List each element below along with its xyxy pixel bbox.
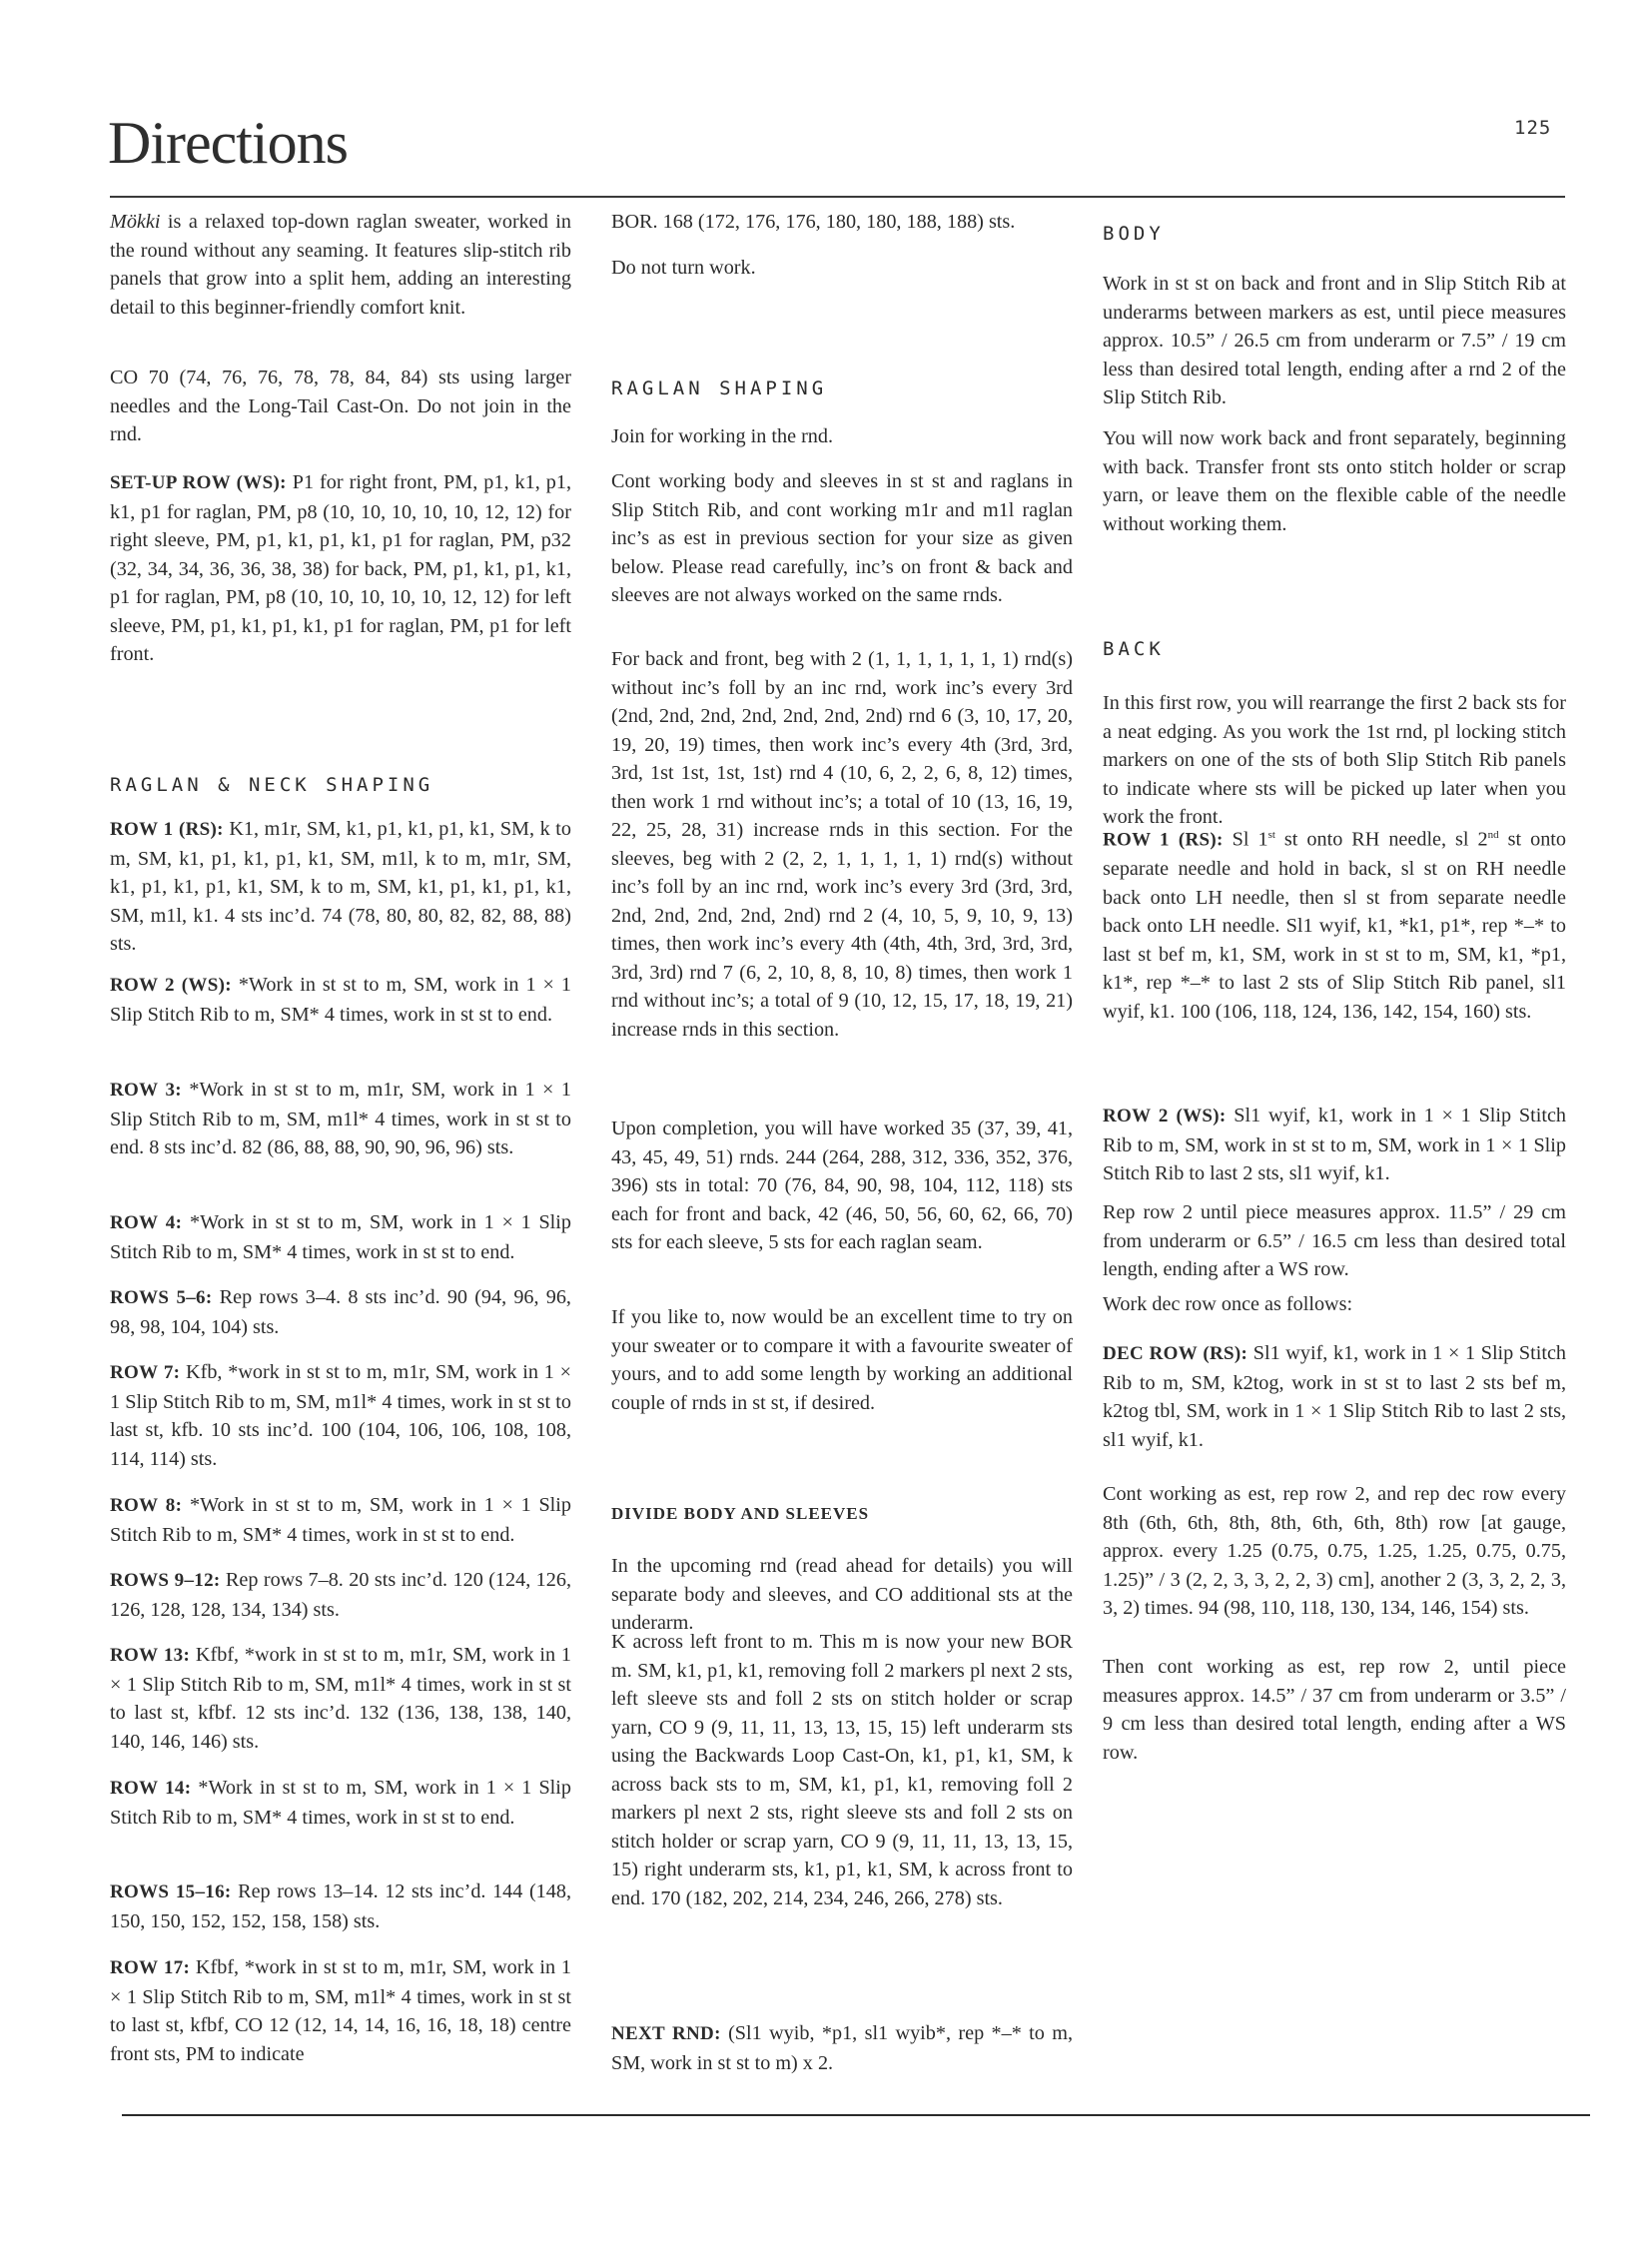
upcoming-rnd-paragraph: In the upcoming rnd (read ahead for deta… bbox=[611, 1552, 1073, 1638]
dec-row: DEC ROW (RS): Sl1 wyif, k1, work in 1 × … bbox=[1103, 1339, 1566, 1454]
setup-row-label: SET-UP ROW (WS): bbox=[110, 472, 287, 493]
instruction-row: ROW 2 (WS): *Work in st st to m, SM, wor… bbox=[110, 971, 571, 1029]
instruction-row: ROW 8: *Work in st st to m, SM, work in … bbox=[110, 1491, 571, 1549]
next-rnd-paragraph: NEXT RND: (Sl1 wyib, *p1, sl1 wyib*, rep… bbox=[611, 2019, 1073, 2077]
k-across-paragraph: K across left front to m. This m is now … bbox=[611, 1628, 1073, 1912]
pattern-name: Mökki bbox=[110, 211, 160, 233]
instruction-row: ROW 1 (RS): K1, m1r, SM, k1, p1, k1, p1,… bbox=[110, 815, 571, 959]
setup-row-paragraph: SET-UP ROW (WS): P1 for right front, PM,… bbox=[110, 468, 571, 669]
instruction-row: ROWS 15–16: Rep rows 13–14. 12 sts inc’d… bbox=[110, 1877, 571, 1935]
instruction-row: ROW 17: Kfbf, *work in st st to m, m1r, … bbox=[110, 1953, 571, 2068]
instruction-row: ROW 4: *Work in st st to m, SM, work in … bbox=[110, 1208, 571, 1266]
cont-working-dec-paragraph: Cont working as est, rep row 2, and rep … bbox=[1103, 1480, 1566, 1623]
instruction-row: ROW 14: *Work in st st to m, SM, work in… bbox=[110, 1774, 571, 1832]
column-1: Mökki is a relaxed top-down raglan sweat… bbox=[110, 0, 571, 2248]
join-paragraph: Join for working in the rnd. bbox=[611, 422, 1073, 451]
bor-stitch-count: BOR. 168 (172, 176, 176, 180, 180, 188, … bbox=[611, 208, 1073, 237]
instruction-row: ROW 3: *Work in st st to m, m1r, SM, wor… bbox=[110, 1076, 571, 1162]
cont-working-paragraph: Cont working body and sleeves in st st a… bbox=[611, 467, 1073, 610]
back-row-1: ROW 1 (RS): Sl 1st st onto RH needle, sl… bbox=[1103, 821, 1566, 1026]
rep-row-2-paragraph: Rep row 2 until piece measures approx. 1… bbox=[1103, 1198, 1566, 1284]
instruction-row: ROW 13: Kfbf, *work in st st to m, m1r, … bbox=[110, 1641, 571, 1756]
section-heading-divide: DIVIDE BODY AND SLEEVES bbox=[611, 1502, 1073, 1526]
section-heading-raglan-shaping: RAGLAN SHAPING bbox=[611, 376, 1073, 400]
back-row-2: ROW 2 (WS): Sl1 wyif, k1, work in 1 × 1 … bbox=[1103, 1102, 1566, 1188]
separately-paragraph: You will now work back and front separat… bbox=[1103, 424, 1566, 538]
do-not-turn-note: Do not turn work. bbox=[611, 254, 1073, 283]
instruction-row: ROWS 5–6: Rep rows 3–4. 8 sts inc’d. 90 … bbox=[110, 1283, 571, 1341]
column-2: BOR. 168 (172, 176, 176, 180, 180, 188, … bbox=[611, 0, 1073, 2248]
instruction-row: ROWS 9–12: Rep rows 7–8. 20 sts inc’d. 1… bbox=[110, 1566, 571, 1624]
instruction-row: ROW 7: Kfb, *work in st st to m, m1r, SM… bbox=[110, 1358, 571, 1473]
first-row-paragraph: In this first row, you will rearrange th… bbox=[1103, 689, 1566, 832]
section-heading-raglan-neck: RAGLAN & NECK SHAPING bbox=[110, 773, 571, 797]
back-front-increase-paragraph: For back and front, beg with 2 (1, 1, 1,… bbox=[611, 645, 1073, 1044]
completion-paragraph: Upon completion, you will have worked 35… bbox=[611, 1115, 1073, 1257]
then-cont-paragraph: Then cont working as est, rep row 2, unt… bbox=[1103, 1653, 1566, 1767]
section-heading-back: BACK bbox=[1103, 637, 1566, 661]
footer-divider bbox=[122, 2114, 1590, 2116]
section-heading-body: BODY bbox=[1103, 222, 1566, 246]
intro-paragraph: Mökki is a relaxed top-down raglan sweat… bbox=[110, 208, 571, 322]
work-dec-paragraph: Work dec row once as follows: bbox=[1103, 1290, 1566, 1319]
body-paragraph: Work in st st on back and front and in S… bbox=[1103, 270, 1566, 412]
column-3: BODY Work in st st on back and front and… bbox=[1103, 0, 1566, 2248]
cast-on-paragraph: CO 70 (74, 76, 76, 78, 78, 84, 84) sts u… bbox=[110, 364, 571, 449]
try-on-paragraph: If you like to, now would be an excellen… bbox=[611, 1303, 1073, 1417]
